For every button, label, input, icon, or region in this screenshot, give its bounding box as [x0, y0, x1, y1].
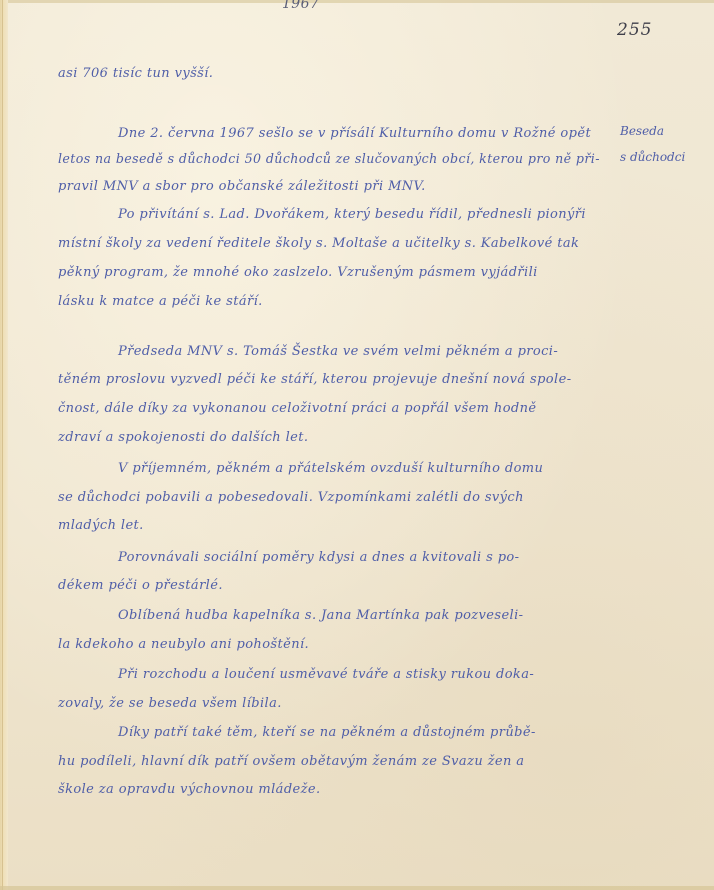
text-line: asi 706 tisíc tun vyšší. — [58, 66, 213, 81]
text-line: škole za opravdu výchovnou mládeže. — [58, 782, 321, 797]
text-line: letos na besedě s důchodci 50 důchodců z… — [58, 152, 600, 167]
text-line: dékem péči o přestárlé. — [58, 578, 223, 593]
text-line: Po přivítání s. Lad. Dvořákem, který bes… — [118, 207, 586, 222]
text-line: Dne 2. června 1967 sešlo se v přísálí Ku… — [118, 126, 591, 141]
text-line: těném proslovu vyzvedl péči ke stáří, kt… — [58, 372, 571, 387]
text-line: Při rozchodu a loučení usměvavé tváře a … — [118, 667, 534, 682]
text-line: Díky patří také těm, kteří se na pěkném … — [118, 725, 536, 740]
year-header: 1967 — [282, 0, 319, 12]
text-line: pěkný program, že mnohé oko zaslzelo. Vz… — [58, 265, 538, 280]
margin-note-title: Beseda — [620, 124, 664, 138]
page-top-edge — [0, 0, 714, 3]
text-line: zdraví a spokojenosti do dalších let. — [58, 430, 308, 445]
text-line: la kdekoho a neubylo ani pohoštění. — [58, 637, 309, 652]
text-line: Porovnávali sociální poměry kdysi a dnes… — [118, 550, 519, 565]
text-line: Předseda MNV s. Tomáš Šestka ve svém vel… — [118, 344, 558, 359]
handwritten-chronicle-page: 1967 255 Beseda s důchodci asi 706 tisíc… — [0, 0, 714, 890]
page-number: 255 — [617, 20, 652, 40]
text-line: místní školy za vedení ředitele školy s.… — [58, 236, 579, 251]
text-line: čnost, dále díky za vykonanou celoživotn… — [58, 401, 537, 416]
text-line: lásku k matce a péči ke stáří. — [58, 294, 263, 309]
text-line: pravil MNV a sbor pro občanské záležitos… — [58, 179, 426, 194]
page-binding-edge — [0, 0, 8, 890]
text-line: hu podíleli, hlavní dík patří ovšem obět… — [58, 754, 524, 769]
text-line: V příjemném, pěkném a přátelském ovzduší… — [118, 461, 543, 476]
page-bottom-edge — [0, 886, 714, 890]
text-line: se důchodci pobavili a pobesedovali. Vzp… — [58, 490, 524, 505]
text-line: mladých let. — [58, 518, 144, 533]
text-line: zovaly, že se beseda všem líbila. — [58, 696, 282, 711]
margin-note-subtitle: s důchodci — [620, 150, 685, 164]
text-line: Oblíbená hudba kapelníka s. Jana Martínk… — [118, 608, 523, 623]
